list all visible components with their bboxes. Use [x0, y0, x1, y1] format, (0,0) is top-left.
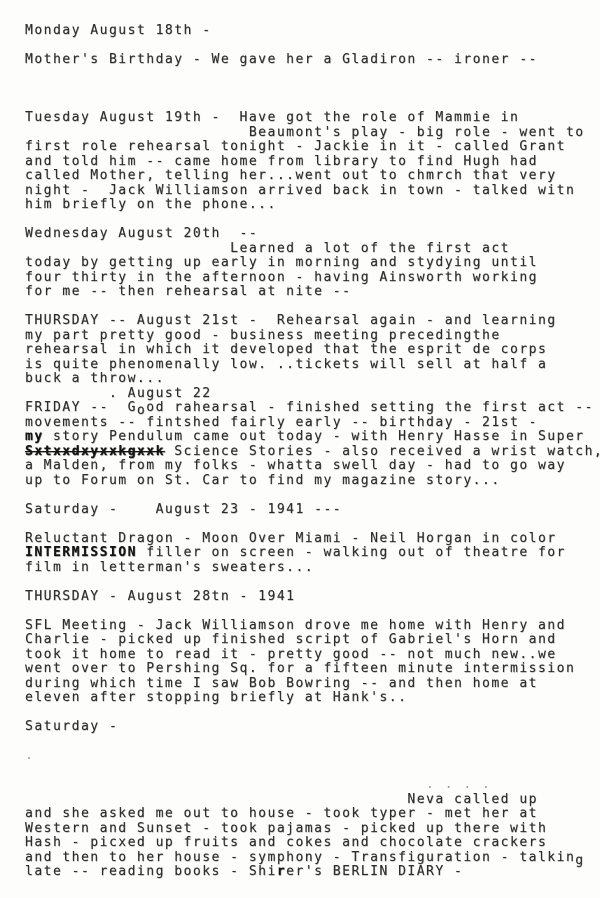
document-line — [25, 575, 600, 590]
text-segment: story Pendulum came out today - with Hen… — [44, 429, 585, 444]
document-line: took it home to read it - pretty good --… — [25, 648, 600, 663]
text-segment: THURSDAY - August 28tn - 1941 — [25, 589, 295, 604]
text-segment: . . . . — [426, 777, 491, 792]
text-segment: Science Stories - also received a wrist … — [165, 444, 600, 459]
text-segment: Charlie - picked up finished script of G… — [25, 632, 557, 647]
text-segment: Learned a lot of the first act — [25, 241, 510, 256]
text-segment: . — [25, 748, 34, 763]
text-segment: movements -- fintshed fairly early -- bi… — [25, 415, 538, 430]
document-line: four thirty in the afternoon - having Ai… — [25, 271, 600, 286]
document-line: up to Forum on St. Car to find my magazi… — [25, 474, 600, 489]
document-line: . — [25, 749, 600, 764]
document-line: first role rehearsal tonight - Jackie in… — [25, 140, 600, 155]
text-segment: Mother's Birthday - We gave her a Gladir… — [25, 52, 538, 67]
text-segment: went over to Pershing Sq. for a fifteen … — [25, 661, 575, 676]
text-segment: Hash - picxed up fruits and cokes and ch… — [25, 835, 547, 850]
text-segment: THURSDAY -- August 21st - Rehearsal agai… — [25, 313, 557, 328]
text-segment: is quite phenomenally low. ..tickets wil… — [25, 357, 547, 372]
text-segment: called Mother, telling her...went out to… — [25, 168, 557, 183]
document-line: him briefly on the phone... — [25, 198, 600, 213]
text-segment — [25, 777, 426, 792]
document-line: night - Jack Williamson arrived back in … — [25, 184, 600, 199]
document-line — [25, 97, 600, 112]
document-line — [25, 706, 600, 721]
document-line — [25, 735, 600, 750]
text-segment: night - Jack Williamson arrived back in … — [25, 183, 575, 198]
text-segment: g — [575, 853, 584, 868]
text-segment: Wednesday August 20th -- — [25, 226, 258, 241]
text-segment: filler on screen - walking out of theatr… — [137, 545, 566, 560]
document-line: went over to Pershing Sq. for a fifteen … — [25, 662, 600, 677]
text-segment: took it home to read it - pretty good --… — [25, 647, 557, 662]
text-segment: FRIDAY -- G — [25, 400, 137, 415]
text-segment: first role rehearsal tonight - Jackie in… — [25, 139, 566, 154]
struck-out-word: Sxtxxdxyxxkgxxk — [25, 444, 165, 459]
document-line: Learned a lot of the first act — [25, 242, 600, 257]
text-segment: and told him -- came home from library t… — [25, 154, 538, 169]
text-segment: my part pretty good - business meeting p… — [25, 328, 501, 343]
text-segment: Reluctant Dragon - Moon Over Miami - Nei… — [25, 531, 557, 546]
document-line: and she asked me out to house - took typ… — [25, 807, 600, 822]
text-segment: eleven after stopping briefly at Hank's.… — [25, 690, 407, 705]
document-line — [25, 300, 600, 315]
diary-text-body: Monday August 18th - Mother's Birthday -… — [25, 24, 600, 880]
document-line: Tuesday August 19th - Have got the role … — [25, 111, 600, 126]
text-segment: Tuesday August 19th - Have got the role … — [25, 110, 519, 125]
text-segment: Saturday - August 23 - 1941 --- — [25, 502, 342, 517]
document-line: Wednesday August 20th -- — [25, 227, 600, 242]
document-line: rehearsal in which it developed that the… — [25, 343, 600, 358]
text-segment: during which time I saw Bob Bowring -- a… — [25, 676, 538, 691]
text-segment: for me -- then rehearsal at nite -- — [25, 284, 351, 299]
document-line: during which time I saw Bob Bowring -- a… — [25, 677, 600, 692]
diary-page: Monday August 18th - Mother's Birthday -… — [0, 0, 600, 898]
document-line — [25, 39, 600, 54]
text-segment: Neva called up — [25, 792, 538, 807]
text-segment: my — [25, 429, 44, 444]
text-segment: r — [277, 864, 286, 879]
document-line: . August 22 — [25, 387, 600, 402]
document-line: Western and Sunset - took pajamas - pick… — [25, 822, 600, 837]
document-line: Reluctant Dragon - Moon Over Miami - Nei… — [25, 532, 600, 547]
document-line: and then to her house - symphony - Trans… — [25, 851, 600, 866]
document-line: Neva called up — [25, 793, 600, 808]
document-line: today by getting up early in morning and… — [25, 256, 600, 271]
document-line: FRIDAY -- Good rahearsal - finished sett… — [25, 401, 600, 416]
document-line: movements -- fintshed fairly early -- bi… — [25, 416, 600, 431]
document-line: late -- reading books - Shirer's BERLIN … — [25, 865, 600, 880]
text-segment: buck a throw... — [25, 371, 165, 386]
text-segment: SFL Meeting - Jack Williamson drove me h… — [25, 618, 566, 633]
document-line: eleven after stopping briefly at Hank's.… — [25, 691, 600, 706]
text-segment: Western and Sunset - took pajamas - pick… — [25, 821, 547, 836]
text-segment: er's BERLIN DIARY - — [286, 864, 463, 879]
document-line: Beaumont's play - big role - went to — [25, 126, 600, 141]
document-line — [25, 604, 600, 619]
text-segment: today by getting up early in morning and… — [25, 255, 538, 270]
document-line: Saturday - August 23 - 1941 --- — [25, 503, 600, 518]
text-segment: od rahearsal - finished setting the firs… — [146, 400, 594, 415]
document-line: Saturday - — [25, 720, 600, 735]
document-line: INTERMISSION filler on screen - walking … — [25, 546, 600, 561]
text-segment: late -- reading books - Shi — [25, 864, 277, 879]
document-line: Monday August 18th - — [25, 24, 600, 39]
text-segment: Monday August 18th - — [25, 23, 212, 38]
document-line — [25, 517, 600, 532]
document-line: my part pretty good - business meeting p… — [25, 329, 600, 344]
document-line — [25, 213, 600, 228]
document-line: Hash - picxed up fruits and cokes and ch… — [25, 836, 600, 851]
document-line: THURSDAY -- August 21st - Rehearsal agai… — [25, 314, 600, 329]
document-line: and told him -- came home from library t… — [25, 155, 600, 170]
text-segment: him briefly on the phone... — [25, 197, 277, 212]
document-line — [25, 764, 600, 779]
text-segment: four thirty in the afternoon - having Ai… — [25, 270, 538, 285]
document-line: is quite phenomenally low. ..tickets wil… — [25, 358, 600, 373]
text-segment: . August 22 — [25, 386, 212, 401]
document-line: Charlie - picked up finished script of G… — [25, 633, 600, 648]
text-segment: Saturday - — [25, 719, 118, 734]
text-segment: INTERMISSION — [25, 545, 137, 560]
document-line: Sxtxxdxyxxkgxxk Science Stories - also r… — [25, 445, 600, 460]
text-segment: up to Forum on St. Car to find my magazi… — [25, 473, 501, 488]
text-segment: and she asked me out to house - took typ… — [25, 806, 538, 821]
document-line: SFL Meeting - Jack Williamson drove me h… — [25, 619, 600, 634]
document-line — [25, 68, 600, 83]
document-line: buck a throw... — [25, 372, 600, 387]
text-segment: o — [137, 403, 146, 418]
document-line: . . . . — [25, 778, 600, 793]
text-segment: film in letterman's sweaters... — [25, 560, 314, 575]
text-segment: rehearsal in which it developed that the… — [25, 342, 547, 357]
document-line: called Mother, telling her...went out to… — [25, 169, 600, 184]
document-line: THURSDAY - August 28tn - 1941 — [25, 590, 600, 605]
document-line: a Malden, from my folks - whatta swell d… — [25, 459, 600, 474]
document-line: Mother's Birthday - We gave her a Gladir… — [25, 53, 600, 68]
text-segment: and then to her house - symphony - Trans… — [25, 850, 575, 865]
text-segment: Beaumont's play - big role - went to — [25, 125, 585, 140]
text-segment: a Malden, from my folks - whatta swell d… — [25, 458, 566, 473]
document-line — [25, 82, 600, 97]
document-line: for me -- then rehearsal at nite -- — [25, 285, 600, 300]
document-line: my story Pendulum came out today - with … — [25, 430, 600, 445]
document-line: film in letterman's sweaters... — [25, 561, 600, 576]
document-line — [25, 488, 600, 503]
